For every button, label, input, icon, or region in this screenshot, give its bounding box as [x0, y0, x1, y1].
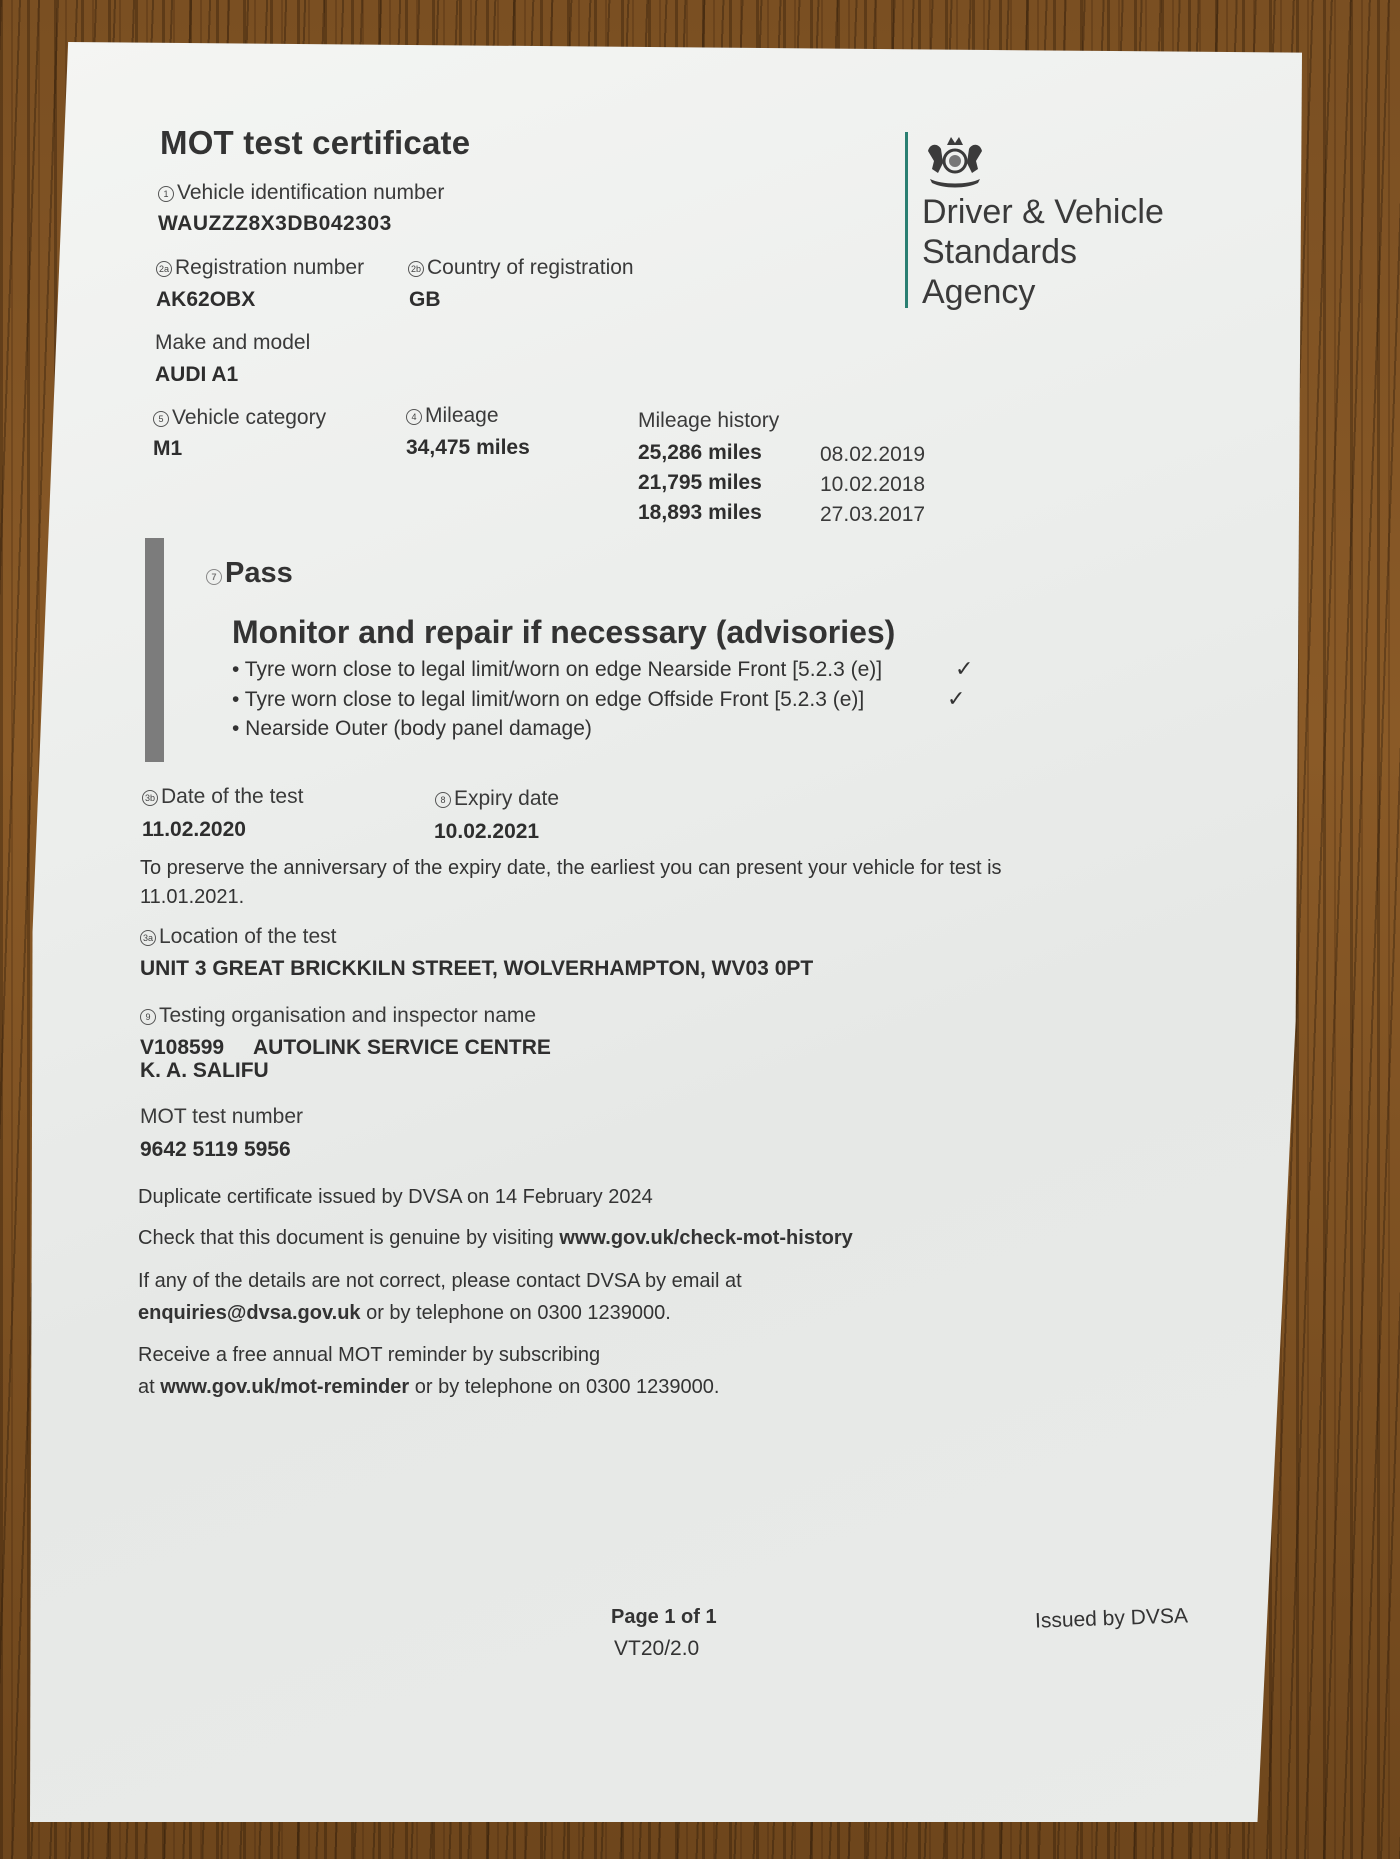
result-status: 7Pass: [206, 557, 293, 590]
logo-divider: [905, 132, 908, 308]
mileage-history-date: 27.03.2017: [820, 503, 925, 527]
field-number-badge: 3b: [142, 790, 158, 806]
issued-by: Issued by DVSA: [1035, 1604, 1189, 1633]
mileage-history-miles: 21,795 miles: [638, 471, 762, 495]
test-date-label: 3bDate of the test: [142, 785, 303, 809]
make-model-label: Make and model: [155, 331, 310, 355]
advisory-item: • Nearside Outer (body panel damage): [232, 717, 592, 741]
mileage-history-date: 10.02.2018: [820, 473, 925, 497]
result-bar: [145, 538, 164, 762]
reminder-details: at www.gov.uk/mot-reminder or by telepho…: [138, 1376, 719, 1399]
country-value: GB: [409, 288, 441, 312]
agency-line-1: Driver & Vehicle: [922, 192, 1164, 232]
field-number-badge: 2b: [408, 261, 424, 277]
inspector-name: K. A. SALIFU: [140, 1059, 269, 1083]
field-number-badge: 2a: [156, 261, 172, 277]
contact-email-link[interactable]: enquiries@dvsa.gov.uk: [138, 1302, 361, 1324]
reminder-note: Receive a free annual MOT reminder by su…: [138, 1344, 600, 1367]
agency-name: Driver & Vehicle Standards Agency: [922, 192, 1164, 312]
vehicle-category-label: 5Vehicle category: [153, 406, 326, 430]
vin-label: 1Vehicle identification number: [158, 181, 444, 205]
duplicate-note: Duplicate certificate issued by DVSA on …: [138, 1186, 653, 1209]
mileage-value: 34,475 miles: [406, 436, 530, 460]
handwritten-tick-icon: ✓: [947, 686, 965, 712]
country-label: 2bCountry of registration: [408, 256, 634, 280]
document-title: MOT test certificate: [160, 124, 470, 162]
handwritten-tick-icon: ✓: [955, 656, 973, 682]
expiry-date-label: 8Expiry date: [435, 787, 559, 811]
advisory-item: • Tyre worn close to legal limit/worn on…: [232, 688, 864, 712]
mot-reminder-link[interactable]: www.gov.uk/mot-reminder: [160, 1376, 409, 1398]
form-version: VT20/2.0: [614, 1637, 699, 1661]
page-number: Page 1 of 1: [611, 1606, 717, 1629]
mileage-label: 4Mileage: [406, 404, 499, 428]
mileage-history-miles: 18,893 miles: [638, 501, 762, 525]
field-number-badge: 8: [435, 792, 451, 808]
location-value: UNIT 3 GREAT BRICKKILN STREET, WOLVERHAM…: [140, 957, 813, 981]
field-number-badge: 7: [206, 569, 222, 585]
field-number-badge: 1: [158, 186, 174, 202]
check-genuine-note: Check that this document is genuine by v…: [138, 1227, 853, 1250]
earliest-test-date: 11.01.2021.: [140, 886, 244, 909]
make-model-value: AUDI A1: [155, 363, 238, 387]
test-number-value: 9642 5119 5956: [140, 1138, 291, 1162]
preserve-anniversary-note: To preserve the anniversary of the expir…: [140, 857, 1002, 880]
registration-label: 2aRegistration number: [156, 256, 364, 280]
testing-org-name: AUTOLINK SERVICE CENTRE: [253, 1036, 551, 1060]
test-date-value: 11.02.2020: [142, 818, 246, 842]
vehicle-category-value: M1: [153, 437, 182, 461]
mileage-history-miles: 25,286 miles: [638, 441, 762, 465]
test-number-label: MOT test number: [140, 1105, 303, 1129]
contact-details: enquiries@dvsa.gov.uk or by telephone on…: [138, 1302, 671, 1325]
testing-org-label: 9Testing organisation and inspector name: [140, 1004, 536, 1028]
field-number-badge: 5: [153, 411, 169, 427]
agency-line-2: Standards: [922, 232, 1164, 272]
location-label: 3aLocation of the test: [140, 925, 336, 949]
contact-note: If any of the details are not correct, p…: [138, 1270, 742, 1293]
registration-value: AK62OBX: [156, 288, 255, 312]
vin-value: WAUZZZ8X3DB042303: [158, 212, 392, 236]
agency-line-3: Agency: [922, 272, 1164, 312]
expiry-date-value: 10.02.2021: [434, 820, 539, 844]
field-number-badge: 9: [140, 1009, 156, 1025]
mileage-history-label: Mileage history: [638, 409, 779, 433]
mileage-history-date: 08.02.2019: [820, 443, 925, 467]
testing-org-id: V108599: [140, 1036, 224, 1060]
field-number-badge: 3a: [140, 930, 156, 946]
advisory-item: • Tyre worn close to legal limit/worn on…: [232, 658, 882, 682]
royal-coat-of-arms-icon: [922, 133, 988, 189]
mot-certificate: MOT test certificate Driver & Vehicle St…: [0, 0, 1400, 1859]
field-number-badge: 4: [406, 409, 422, 425]
advisories-title: Monitor and repair if necessary (advisor…: [232, 614, 895, 651]
check-mot-history-link[interactable]: www.gov.uk/check-mot-history: [559, 1227, 852, 1249]
